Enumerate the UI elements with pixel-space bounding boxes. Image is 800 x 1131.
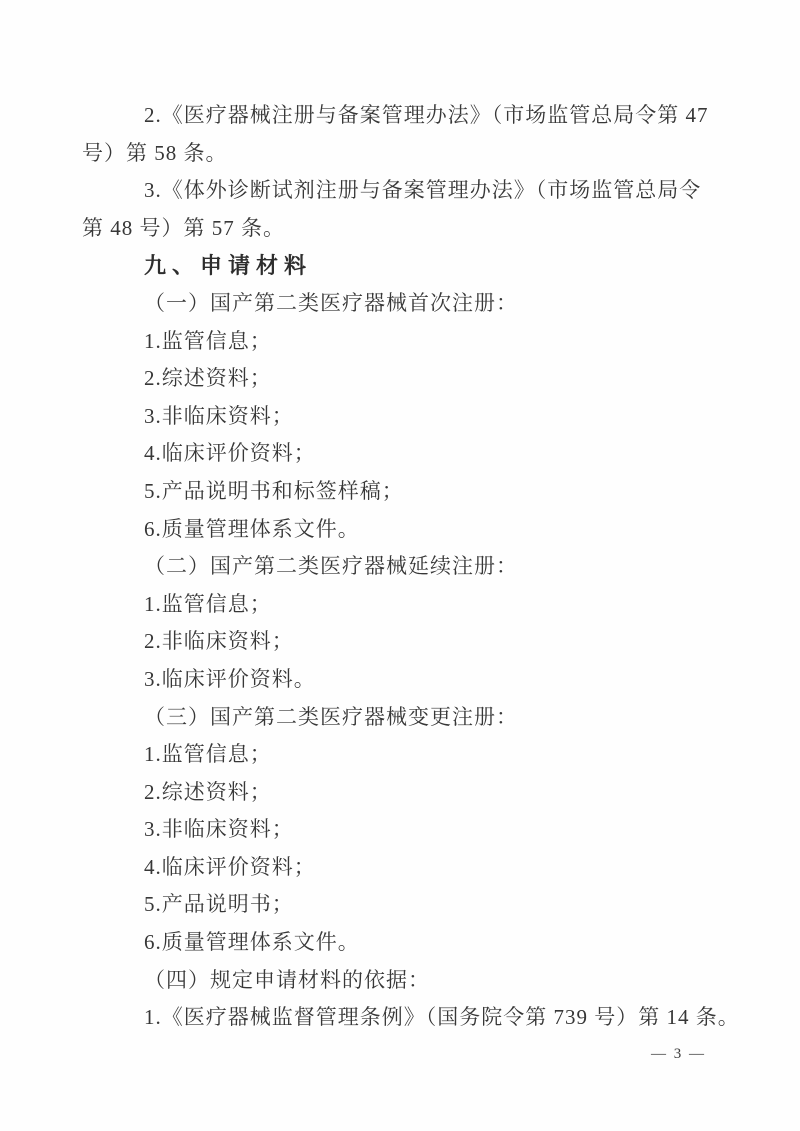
doc-line: 6.质量管理体系文件。 (82, 511, 730, 549)
doc-line: 2.综述资料； (82, 360, 730, 398)
doc-line: 3.《体外诊断试剂注册与备案管理办法》（市场监管总局令 (82, 172, 730, 210)
doc-line: 6.质量管理体系文件。 (82, 924, 730, 962)
doc-line: 4.临床评价资料； (82, 849, 730, 887)
doc-line: 3.非临床资料； (82, 811, 730, 849)
doc-line: 1.监管信息； (82, 586, 730, 624)
section-heading: 九、申请材料 (82, 247, 730, 285)
subsection-heading: （二）国产第二类医疗器械延续注册： (82, 548, 730, 586)
doc-line: 5.产品说明书； (82, 886, 730, 924)
subsection-heading: （一）国产第二类医疗器械首次注册： (82, 285, 730, 323)
doc-line: 号）第 58 条。 (82, 135, 730, 173)
subsection-heading: （四）规定申请材料的依据： (82, 962, 730, 1000)
doc-line: 3.临床评价资料。 (82, 661, 730, 699)
doc-line: 1.监管信息； (82, 323, 730, 361)
doc-line: 第 48 号）第 57 条。 (82, 210, 730, 248)
doc-line: 2.综述资料； (82, 774, 730, 812)
doc-line: 3.非临床资料； (82, 398, 730, 436)
subsection-heading: （三）国产第二类医疗器械变更注册： (82, 699, 730, 737)
doc-line: 4.临床评价资料； (82, 435, 730, 473)
doc-line: 2.非临床资料； (82, 623, 730, 661)
document-page: 2.《医疗器械注册与备案管理办法》（市场监管总局令第 47 号）第 58 条。 … (0, 0, 800, 1131)
doc-line: 5.产品说明书和标签样稿； (82, 473, 730, 511)
document-body: 2.《医疗器械注册与备案管理办法》（市场监管总局令第 47 号）第 58 条。 … (82, 97, 730, 1063)
page-number: — 3 — (651, 1046, 706, 1063)
doc-line: 2.《医疗器械注册与备案管理办法》（市场监管总局令第 47 (82, 97, 730, 135)
page-footer: — 3 — (82, 1045, 730, 1063)
doc-line: 1.监管信息； (82, 736, 730, 774)
doc-line: 1.《医疗器械监督管理条例》（国务院令第 739 号）第 14 条。 (82, 999, 730, 1037)
